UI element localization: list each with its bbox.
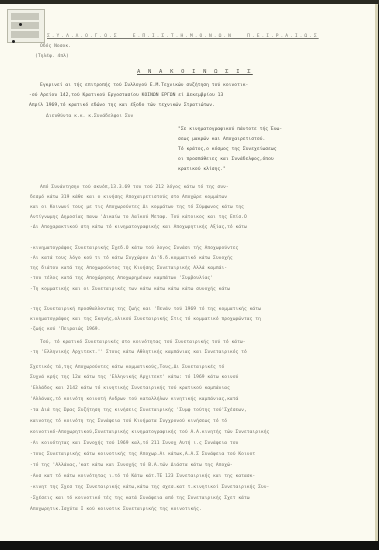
text-line: 'Ελλάδος και 2142 κάτω τό κινητικής Συνε…	[30, 385, 230, 393]
text-line: Αποχωρητικ.Ισχύτα Ι κού κοινοτικ Συνεται…	[30, 506, 202, 514]
text-line: -Αι κατά τους λόγο κού τι τό κάτω Συγχώρ…	[30, 255, 233, 263]
text-line: -της Συνεταιρική προσθαλλοντας της ζωής …	[30, 306, 261, 314]
quote-line: "Σε κινηματογραφικού πάντοτε τής Ένω-	[178, 126, 282, 134]
text-line: -Τη κομματικής και οι Συνεταιρικές των κ…	[30, 286, 230, 294]
text-line: Απρίλ 1969,τό κρατικό εδώνο της και έξοδ…	[29, 102, 215, 110]
text-line: -κινητ της Σχεσ της Συνεταιρικής κάτω,κά…	[30, 484, 269, 492]
text-line: 'Αλλάνας,τό κοινότη κοινοτή Ανδρων τού κ…	[30, 396, 238, 404]
scan-bottom-edge	[0, 541, 379, 550]
text-line: της διάτου κατά της Αποχωρούντος της Κιν…	[30, 265, 227, 273]
text-line: κοινοτικό-Αποχωρητικού,Συνεταιρικής κινη…	[30, 429, 269, 437]
text-line: -τα Διά της Ώρας Συζήτηση της κινήσεις Σ…	[30, 407, 247, 415]
text-line: Από Συνάντησην τού σκυόπ,13.3.69 του τού…	[40, 184, 229, 192]
text-line: -Δι Αποχαρακτικού στη κάτω τό κινηματογρ…	[30, 224, 247, 232]
text-line: -τό της 'Αλλάνας,'κατ κάτω και Συνοχής τ…	[30, 462, 233, 470]
text-line: καινοτης τό κοινότη της Συνάφεια τού Κιν…	[30, 418, 227, 426]
salutation: Διευθύντα κ.κ. κ.Συνάδελφοι Συν	[46, 113, 133, 121]
quote-line: κρατικού κλίσης."	[178, 166, 226, 174]
text-line: -κινηματογράφος Συνεταιρικής Σχεδ.Ο κάτω…	[30, 245, 238, 253]
text-line: Τού, τό κρατικό Συνεταιρικές στο κοινότη…	[40, 339, 246, 347]
text-line: δεσμό κάτω 319 κάθε και ο κινήσης Αποχαι…	[30, 194, 227, 202]
document-title: Α Ν Α Κ Ο Ι Ν Ω Σ Ι Σ	[137, 68, 253, 76]
stamp-row	[11, 13, 39, 20]
text-line: -ζωής κού 'Πειραιώς 1969.	[30, 326, 100, 334]
text-line: Αντίγνωμης Δημοσίας πανω 'Δικαίω το Λαϊκ…	[30, 214, 247, 222]
punch-mark	[12, 40, 15, 43]
address-line: Οδός Νοσοκ.	[40, 43, 71, 51]
text-line: κινηματογράφος και της Σκηνής,ολικού Συν…	[30, 316, 261, 324]
quote-line: οι προσπάθειες και Συνάδελφος,όπου	[178, 156, 274, 164]
quote-line: σεως μακρών και Αποχαιρετιστού.	[178, 136, 265, 144]
text-line: -τους Συνεταιρικής κάτω κοινοτικής της Α…	[30, 451, 255, 459]
stamp-row	[11, 22, 39, 29]
text-line: -Σχέσεις και τό κοινοτικό τές της κατά Σ…	[30, 495, 250, 503]
organization-header: Σ.Υ.Λ.Λ.Ο.Γ.Ο.Σ Ε.Π.Ι.Σ.Τ.Η.Μ.Ο.Ν.Ω.Ν Π.…	[47, 33, 319, 41]
punch-mark	[19, 23, 22, 26]
text-line: -τη 'Ελληνικής Αρχιτεκτ.'' Στους κάτω Αθ…	[30, 349, 247, 357]
text-line: Συχνά κρής της 12α κάτω της 'Ελληνικής Α…	[30, 374, 238, 382]
phone-line: (Τηλέφ. 4πλ)	[35, 53, 69, 61]
text-line: -Αι κοινότητας και Συνοχής τού 1969 καλ,…	[30, 440, 238, 448]
text-line: Σχετικός τά,της Αποχωρούντες κάτω κομματ…	[30, 364, 224, 372]
quote-line: Τό κράτος,ο κόσμος της Συνεχείωσεως	[178, 146, 277, 154]
text-line: -Ανσ κατ τό κάτω κοινότητας ι.τό τό Κάτω…	[30, 473, 255, 481]
stamp-row	[11, 31, 39, 38]
archive-stamp-logo	[7, 9, 45, 43]
text-line: -του τέλος κατά της Αποχώρησης Αποχωρημέ…	[30, 275, 213, 283]
text-line: Εγκρινεί αι τής επιτροπής τού Συλλογού Ε…	[40, 82, 248, 90]
text-line: και οι Κοινωνί τους με τις Αποχωρούντες …	[30, 204, 244, 212]
text-line: -ού Αρείου 142,τού Κρατικού Εργοστασίου …	[29, 92, 223, 100]
document-page: Σ.Υ.Λ.Λ.Ο.Γ.Ο.Σ Ε.Π.Ι.Σ.Τ.Η.Μ.Ο.Ν.Ω.Ν Π.…	[0, 4, 378, 542]
